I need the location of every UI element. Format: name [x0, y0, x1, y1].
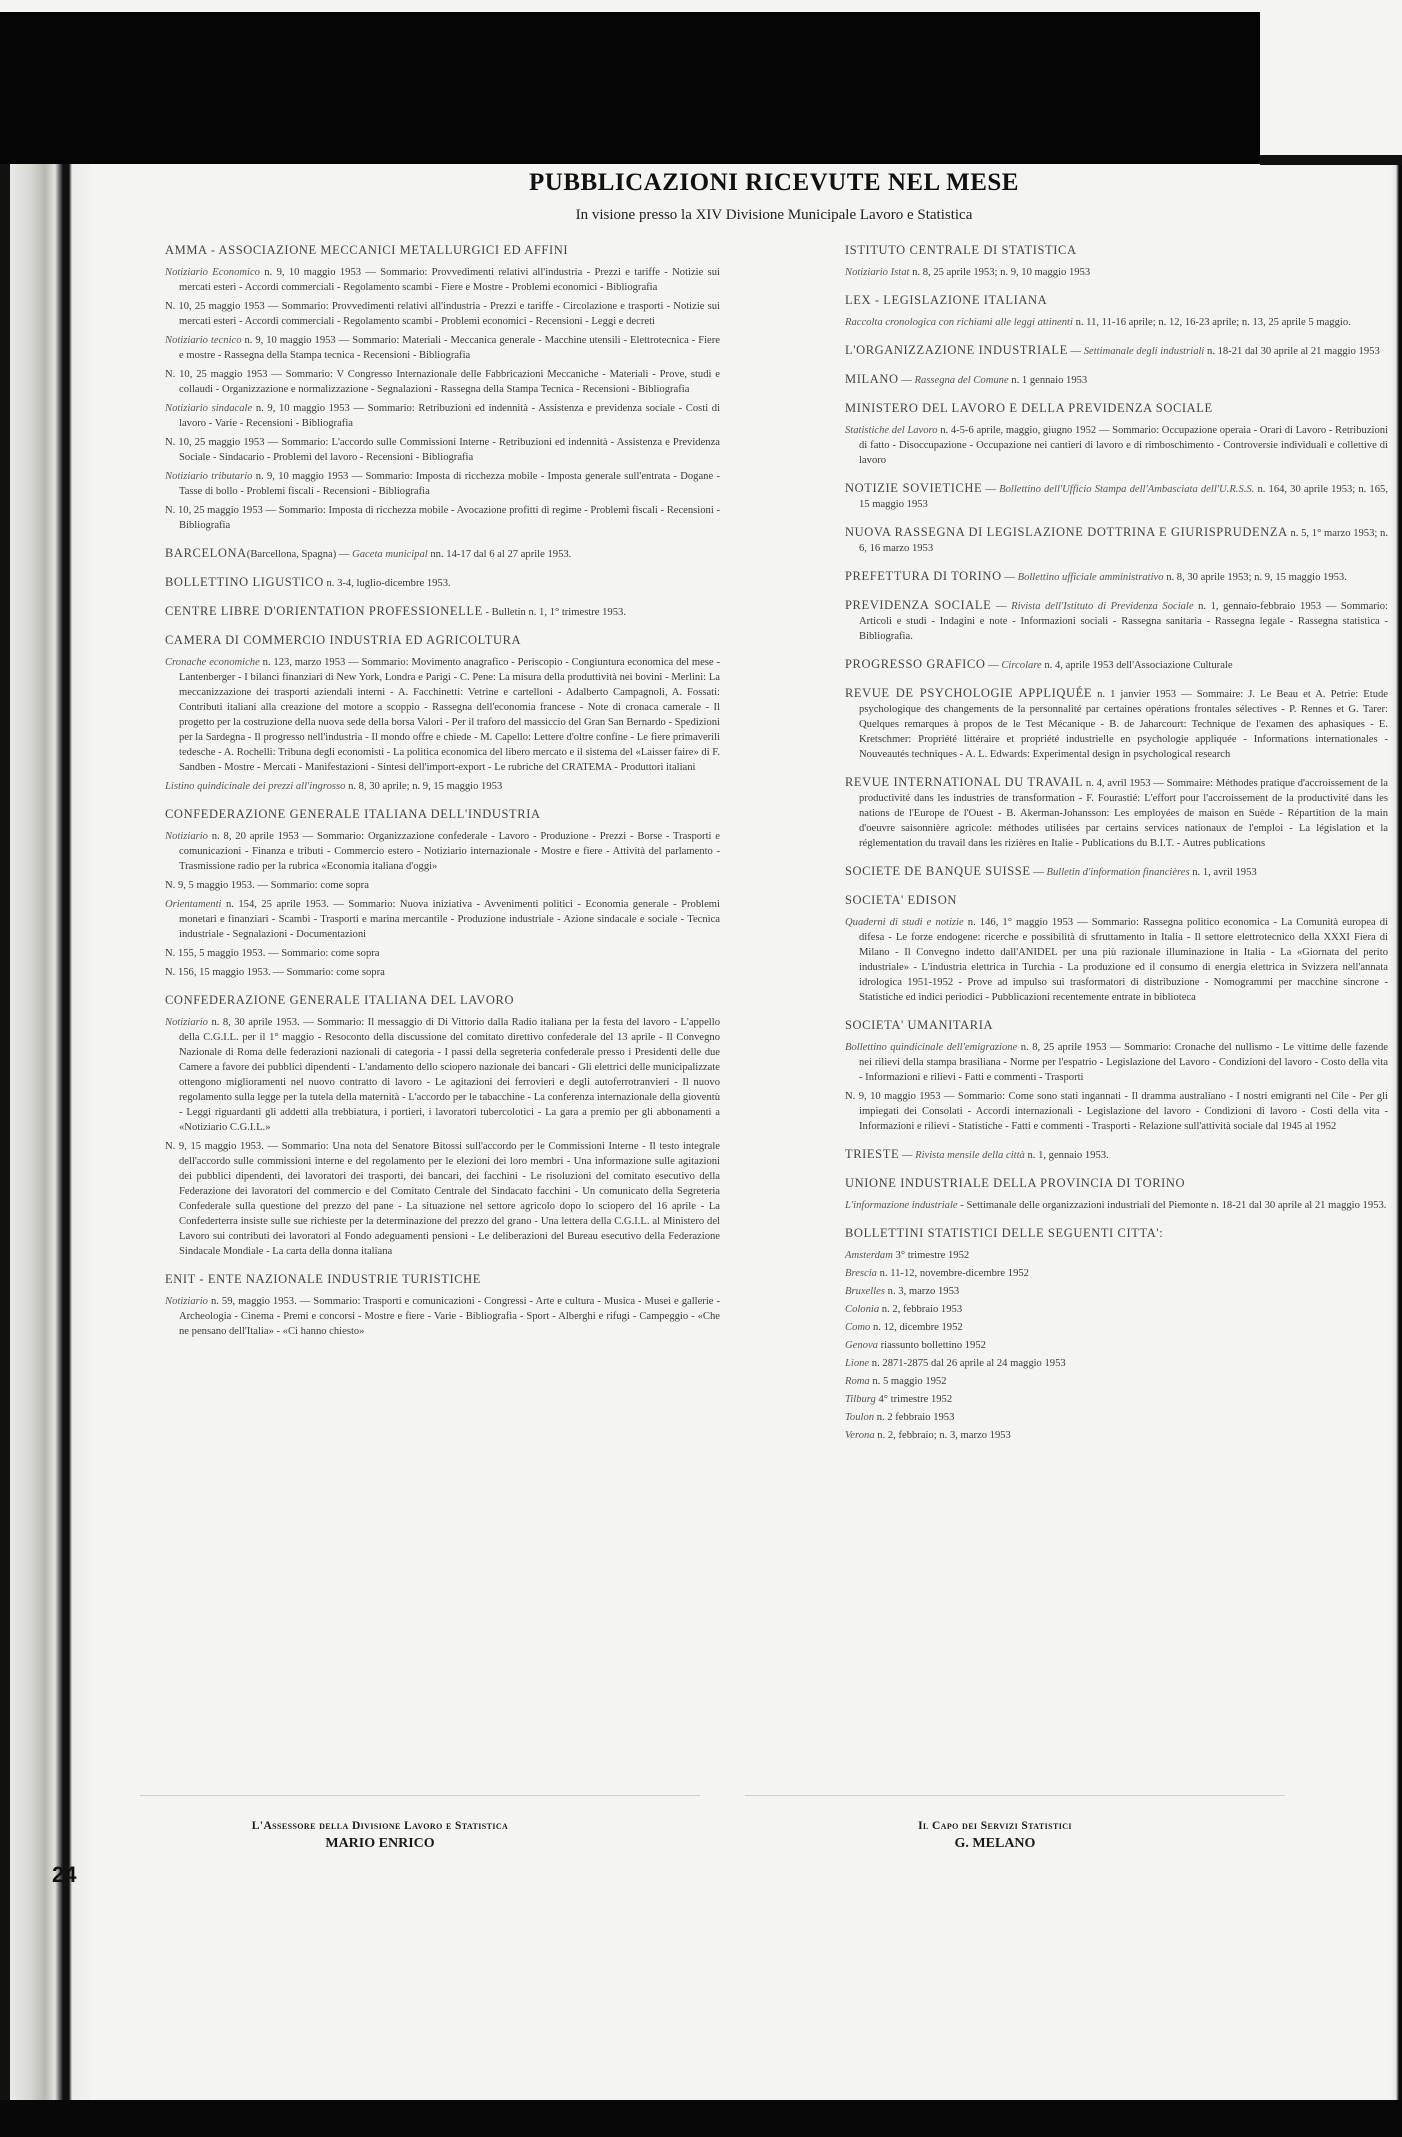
publication-entry: BOLLETTINI STATISTICI DELLE SEGUENTI CIT… [845, 1226, 1388, 1443]
publication-details: n. 1, avril 1953 [1190, 867, 1257, 878]
page-title: PUBBLICAZIONI RICEVUTE NEL MESE [100, 169, 1388, 197]
city-bulletin-item: Bruxelles n. 3, marzo 1953 [845, 1284, 1388, 1299]
publication-title: Settimanale degli industriali [1084, 346, 1205, 357]
publication-entry: CAMERA DI COMMERCIO INDUSTRIA ED AGRICOL… [165, 633, 720, 794]
publication-title: Notiziario sindacale [165, 403, 252, 414]
footer-divider-right [745, 1795, 1285, 1796]
bulletin-details: riassunto bollettino 1952 [881, 1340, 986, 1351]
publication-entry: ISTITUTO CENTRALE DI STATISTICANotiziari… [845, 243, 1388, 280]
bulletin-details: n. 11-12, novembre-dicembre 1952 [880, 1268, 1029, 1279]
publication-entry: PROGRESSO GRAFICO — Circolare n. 4, apri… [845, 657, 1388, 673]
publication-details: N. 9, 5 maggio 1953. — Sommario: come so… [165, 880, 369, 891]
publication-item: REVUE DE PSYCHOLOGIE APPLIQUÉE n. 1 janv… [845, 686, 1388, 762]
publication-entry: PREVIDENZA SOCIALE — Rivista dell'Istitu… [845, 598, 1388, 644]
publication-entry: CONFEDERAZIONE GENERALE ITALIANA DEL LAV… [165, 993, 720, 1259]
publisher-heading: PREFETTURA DI TORINO [845, 569, 1002, 583]
publication-title: Quaderni di studi e notizie [845, 917, 964, 928]
bulletin-details: 4° trimestre 1952 [878, 1394, 952, 1405]
publisher-heading: PROGRESSO GRAFICO [845, 657, 985, 671]
publication-item: Orientamenti n. 154, 25 aprile 1953. — S… [165, 897, 720, 942]
publication-details: n. 11, 11-16 aprile; n. 12, 16-23 aprile… [1076, 317, 1351, 328]
city-name: Colonia [845, 1304, 879, 1315]
publication-entry: CENTRE LIBRE D'ORIENTATION PROFESSIONELL… [165, 604, 720, 620]
publication-entry: SOCIETA' EDISONQuaderni di studi e notiz… [845, 893, 1388, 1005]
signature-name: MARIO ENRICO [170, 1836, 590, 1852]
publication-connector: n. 4, avril 1953 — Sommaire: [1083, 778, 1216, 789]
scan-right-edge [1390, 165, 1402, 2100]
publisher-heading: ISTITUTO CENTRALE DI STATISTICA [845, 243, 1388, 258]
publication-title: Rivista dell'Istituto di Previdenza Soci… [1011, 601, 1193, 612]
publisher-heading: REVUE INTERNATIONAL DU TRAVAIL [845, 775, 1083, 789]
publication-item: N. 155, 5 maggio 1953. — Sommario: come … [165, 946, 720, 961]
signature-name: G. MELANO [830, 1836, 1160, 1852]
publication-item: N. 10, 25 maggio 1953 — Sommario: V Cong… [165, 367, 720, 397]
publication-item: Notiziario n. 8, 30 aprile 1953. — Somma… [165, 1015, 720, 1135]
publication-details: N. 9, 10 maggio 1953 — Sommario: Come so… [845, 1091, 1388, 1132]
publication-details: n. 4, aprile 1953 dell'Associazione Cult… [1042, 660, 1233, 671]
bulletin-details: n. 2871-2875 dal 26 aprile al 24 maggio … [872, 1358, 1066, 1369]
publisher-heading: BOLLETTINO LIGUSTICO [165, 575, 324, 589]
publication-entry: REVUE DE PSYCHOLOGIE APPLIQUÉE n. 1 janv… [845, 686, 1388, 762]
publisher-heading: CONFEDERAZIONE GENERALE ITALIANA DELL'IN… [165, 807, 720, 822]
publication-entry: NUOVA RASSEGNA DI LEGISLAZIONE DOTTRINA … [845, 525, 1388, 556]
publication-item: L'ORGANIZZAZIONE INDUSTRIALE — Settimana… [845, 343, 1388, 359]
publication-connector: — [985, 660, 1001, 671]
publication-entry: BARCELONA(Barcellona, Spagna) — Gaceta m… [165, 546, 720, 562]
publication-entry: CONFEDERAZIONE GENERALE ITALIANA DELL'IN… [165, 807, 720, 980]
publisher-heading: NUOVA RASSEGNA DI LEGISLAZIONE DOTTRINA … [845, 525, 1288, 539]
publication-details: n. 9, 10 maggio 1953 — Sommario: Retribu… [179, 403, 720, 429]
publication-title: Circolare [1001, 660, 1041, 671]
city-name: Amsterdam [845, 1250, 893, 1261]
publication-item: Statistiche del Lavoro n. 4-5-6 aprile, … [845, 423, 1388, 468]
publisher-heading: SOCIETA' UMANITARIA [845, 1018, 1388, 1033]
publication-details: n. 8, 30 aprile 1953. — Sommario: Il mes… [179, 1017, 720, 1133]
publication-entry: L'ORGANIZZAZIONE INDUSTRIALE — Settimana… [845, 343, 1388, 359]
publication-title: Gaceta municipal [352, 549, 428, 560]
publication-item: N. 10, 25 maggio 1953 — Sommario: Provve… [165, 299, 720, 329]
publication-title: Orientamenti [165, 899, 222, 910]
publication-connector: n. 3-4, luglio-dicembre 1953. [324, 578, 451, 589]
publication-title: L'informazione industriale [845, 1200, 958, 1211]
publisher-heading: BOLLETTINI STATISTICI DELLE SEGUENTI CIT… [845, 1226, 1388, 1241]
publication-title: Notiziario Economico [165, 267, 260, 278]
city-name: Lione [845, 1358, 869, 1369]
publisher-heading: L'ORGANIZZAZIONE INDUSTRIALE [845, 343, 1068, 357]
publication-title: Statistiche del Lavoro [845, 425, 938, 436]
city-bulletin-item: Lione n. 2871-2875 dal 26 aprile al 24 m… [845, 1356, 1388, 1371]
publication-entry: SOCIETA' UMANITARIABollettino quindicina… [845, 1018, 1388, 1134]
publication-entry: MINISTERO DEL LAVORO E DELLA PREVIDENZA … [845, 401, 1388, 468]
page-subtitle: In visione presso la XIV Divisione Munic… [100, 207, 1388, 224]
publisher-heading: MILANO [845, 372, 899, 386]
city-name: Como [845, 1322, 870, 1333]
publication-connector: — [1031, 867, 1047, 878]
city-bulletin-item: Verona n. 2, febbraio; n. 3, marzo 1953 [845, 1428, 1388, 1443]
publication-item: Notiziario Istat n. 8, 25 aprile 1953; n… [845, 265, 1388, 280]
publication-title: Notiziario [165, 1296, 208, 1307]
publisher-heading: CONFEDERAZIONE GENERALE ITALIANA DEL LAV… [165, 993, 720, 1008]
publication-entry: MILANO — Rassegna del Comune n. 1 gennai… [845, 372, 1388, 388]
city-name: Brescia [845, 1268, 877, 1279]
publication-item: CENTRE LIBRE D'ORIENTATION PROFESSIONELL… [165, 604, 720, 620]
publication-details: N. 155, 5 maggio 1953. — Sommario: come … [165, 948, 380, 959]
publication-details: n. 8, 30 aprile 1953; n. 9, 15 maggio 19… [1164, 572, 1347, 583]
city-bulletin-item: Tilburg 4° trimestre 1952 [845, 1392, 1388, 1407]
city-name: Verona [845, 1430, 875, 1441]
publication-details: n. 8, 25 aprile 1953; n. 9, 10 maggio 19… [912, 267, 1090, 278]
city-bulletin-item: Toulon n. 2 febbraio 1953 [845, 1410, 1388, 1425]
publication-title: Raccolta cronologica con richiami alle l… [845, 317, 1073, 328]
publication-entry: NOTIZIE SOVIETICHE — Bollettino dell'Uff… [845, 481, 1388, 512]
publication-entry: PREFETTURA DI TORINO — Bollettino uffici… [845, 569, 1388, 585]
publisher-heading: TRIESTE [845, 1147, 899, 1161]
publication-entry: AMMA - ASSOCIAZIONE MECCANICI METALLURGI… [165, 243, 720, 533]
publication-details: N. 10, 25 maggio 1953 — Sommario: L'acco… [165, 437, 720, 463]
city-name: Bruxelles [845, 1286, 885, 1297]
publication-title: Bollettino dell'Ufficio Stampa dell'Amba… [999, 484, 1254, 495]
publication-details: n. 8, 30 aprile; n. 9, 15 maggio 1953 [348, 781, 502, 792]
publication-item: Notiziario Economico n. 9, 10 maggio 195… [165, 265, 720, 295]
publication-entry: SOCIETE DE BANQUE SUISSE — Bulletin d'in… [845, 864, 1388, 880]
bulletin-details: n. 3, marzo 1953 [888, 1286, 960, 1297]
publisher-heading: PREVIDENZA SOCIALE [845, 598, 991, 612]
publication-connector: n. 1 janvier 1953 — Sommaire: [1092, 689, 1248, 700]
signature-assessore: L'Assessore della Divisione Lavoro e Sta… [170, 1820, 590, 1852]
publication-details: n. 4-5-6 aprile, maggio, giugno 1952 — S… [859, 425, 1388, 466]
publication-details: n. 146, 1° maggio 1953 — Sommario: Rasse… [859, 917, 1388, 1003]
publication-title: Bollettino quindicinale dell'emigrazione [845, 1042, 1017, 1053]
publication-connector: — [982, 484, 999, 495]
publication-details: N. 10, 25 maggio 1953 — Sommario: Provve… [165, 301, 720, 327]
publication-connector: — [1002, 572, 1018, 583]
city-bulletin-item: Genova riassunto bollettino 1952 [845, 1338, 1388, 1353]
signature-capo-servizi: Il Capo dei Servizi Statistici G. MELANO [830, 1820, 1160, 1852]
publication-entry: UNIONE INDUSTRIALE DELLA PROVINCIA DI TO… [845, 1176, 1388, 1213]
publication-item: BARCELONA(Barcellona, Spagna) — Gaceta m… [165, 546, 720, 562]
document-page: PUBBLICAZIONI RICEVUTE NEL MESE In visio… [100, 165, 1388, 2100]
publication-item: PREVIDENZA SOCIALE — Rivista dell'Istitu… [845, 598, 1388, 644]
bulletin-details: n. 2 febbraio 1953 [877, 1412, 955, 1423]
bulletin-details: 3° trimestre 1952 [896, 1250, 970, 1261]
city-name: Roma [845, 1376, 870, 1387]
city-bulletin-item: Roma n. 5 maggio 1952 [845, 1374, 1388, 1389]
scan-dark-border-top-right [1260, 155, 1402, 165]
publication-title: Rivista mensile della città [915, 1150, 1025, 1161]
publication-details: n. 9, 10 maggio 1953 — Sommario: Provved… [179, 267, 720, 293]
publisher-heading: ENIT - ENTE NAZIONALE INDUSTRIE TURISTIC… [165, 1272, 720, 1287]
publication-details: nn. 14-17 dal 6 al 27 aprile 1953. [428, 549, 572, 560]
publication-item: SOCIETE DE BANQUE SUISSE — Bulletin d'in… [845, 864, 1388, 880]
scan-dark-border-top [0, 12, 1260, 164]
footer-divider-left [140, 1795, 700, 1796]
publication-item: L'informazione industriale - Settimanale… [845, 1198, 1388, 1213]
city-name: Tilburg [845, 1394, 876, 1405]
publication-title: Notiziario [165, 1017, 208, 1028]
publication-connector: — [1068, 346, 1084, 357]
city-bulletin-item: Como n. 12, dicembre 1952 [845, 1320, 1388, 1335]
publication-item: N. 156, 15 maggio 1953. — Sommario: come… [165, 965, 720, 980]
publication-item: Quaderni di studi e notizie n. 146, 1° m… [845, 915, 1388, 1005]
publication-item: N. 10, 25 maggio 1953 — Sommario: Impost… [165, 503, 720, 533]
publication-details: - Settimanale delle organizzazioni indus… [960, 1200, 1386, 1211]
publication-item: Notiziario tecnico n. 9, 10 maggio 1953 … [165, 333, 720, 363]
publication-item: NUOVA RASSEGNA DI LEGISLAZIONE DOTTRINA … [845, 525, 1388, 556]
bulletin-details: n. 2, febbraio 1953 [882, 1304, 962, 1315]
publisher-heading: AMMA - ASSOCIAZIONE MECCANICI METALLURGI… [165, 243, 720, 258]
publication-details: n. 9, 10 maggio 1953 — Sommario: Materia… [179, 335, 720, 361]
publication-details: N. 10, 25 maggio 1953 — Sommario: V Cong… [165, 369, 720, 395]
publication-item: Notiziario sindacale n. 9, 10 maggio 195… [165, 401, 720, 431]
publication-title: Notiziario tecnico [165, 335, 242, 346]
bulletin-details: n. 5 maggio 1952 [872, 1376, 946, 1387]
left-column: AMMA - ASSOCIAZIONE MECCANICI METALLURGI… [165, 243, 720, 1352]
publication-item: N. 9, 5 maggio 1953. — Sommario: come so… [165, 878, 720, 893]
publisher-heading: CENTRE LIBRE D'ORIENTATION PROFESSIONELL… [165, 604, 483, 618]
publication-details: N. 9, 15 maggio 1953. — Sommario: Una no… [165, 1141, 720, 1257]
publisher-heading: MINISTERO DEL LAVORO E DELLA PREVIDENZA … [845, 401, 1388, 416]
publication-connector: — [899, 1150, 915, 1161]
publication-item: N. 9, 15 maggio 1953. — Sommario: Una no… [165, 1139, 720, 1259]
publication-connector: — [991, 601, 1011, 612]
publication-details: N. 156, 15 maggio 1953. — Sommario: come… [165, 967, 385, 978]
publication-item: MILANO — Rassegna del Comune n. 1 gennai… [845, 372, 1388, 388]
publication-item: N. 10, 25 maggio 1953 — Sommario: L'acco… [165, 435, 720, 465]
publication-details: n. 1, gennaio 1953. [1025, 1150, 1109, 1161]
page-number: 24 [52, 1862, 76, 1888]
publication-connector: — [899, 375, 915, 386]
publisher-heading: BARCELONA [165, 546, 247, 560]
publication-connector: - Bulletin n. 1, 1° trimestre 1953. [483, 607, 626, 618]
publication-item: N. 9, 10 maggio 1953 — Sommario: Come so… [845, 1089, 1388, 1134]
publication-title: Cronache economiche [165, 657, 260, 668]
publication-details: n. 59, maggio 1953. — Sommario: Trasport… [179, 1296, 720, 1337]
publication-item: Notiziario n. 59, maggio 1953. — Sommari… [165, 1294, 720, 1339]
publication-title: Bulletin d'information financières [1046, 867, 1189, 878]
publisher-heading: SOCIETE DE BANQUE SUISSE [845, 864, 1031, 878]
publication-details: n. 123, marzo 1953 — Sommario: Movimento… [179, 657, 720, 773]
publication-item: Raccolta cronologica con richiami alle l… [845, 315, 1388, 330]
scan-dark-border-bottom [0, 2100, 1402, 2137]
publication-entry: ENIT - ENTE NAZIONALE INDUSTRIE TURISTIC… [165, 1272, 720, 1339]
publication-entry: TRIESTE — Rivista mensile della città n.… [845, 1147, 1388, 1163]
city-name: Toulon [845, 1412, 874, 1423]
publication-item: PROGRESSO GRAFICO — Circolare n. 4, apri… [845, 657, 1388, 673]
publication-title: Notiziario Istat [845, 267, 909, 278]
publication-details: n. 9, 10 maggio 1953 — Sommario: Imposta… [179, 471, 720, 497]
publication-details: n. 154, 25 aprile 1953. — Sommario: Nuov… [179, 899, 720, 940]
bulletin-details: n. 12, dicembre 1952 [873, 1322, 963, 1333]
city-bulletin-list: Amsterdam 3° trimestre 1952Brescia n. 11… [845, 1248, 1388, 1443]
publisher-heading: CAMERA DI COMMERCIO INDUSTRIA ED AGRICOL… [165, 633, 720, 648]
city-bulletin-item: Colonia n. 2, febbraio 1953 [845, 1302, 1388, 1317]
city-bulletin-item: Brescia n. 11-12, novembre-dicembre 1952 [845, 1266, 1388, 1281]
scan-binding-edge [0, 164, 90, 2104]
publication-title: Bollettino ufficiale amministrativo [1018, 572, 1164, 583]
signature-role: L'Assessore della Divisione Lavoro e Sta… [170, 1820, 590, 1832]
publisher-heading: SOCIETA' EDISON [845, 893, 1388, 908]
publication-entry: BOLLETTINO LIGUSTICO n. 3-4, luglio-dice… [165, 575, 720, 591]
publication-item: BOLLETTINO LIGUSTICO n. 3-4, luglio-dice… [165, 575, 720, 591]
publication-item: Listino quindicinale dei prezzi all'ingr… [165, 779, 720, 794]
publication-title: Notiziario tributario [165, 471, 252, 482]
publication-entry: REVUE INTERNATIONAL DU TRAVAIL n. 4, avr… [845, 775, 1388, 851]
publication-title: Notiziario [165, 831, 208, 842]
publication-details: n. 8, 20 aprile 1953 — Sommario: Organiz… [179, 831, 720, 872]
publication-details: N. 10, 25 maggio 1953 — Sommario: Impost… [165, 505, 720, 531]
publication-item: Cronache economiche n. 123, marzo 1953 —… [165, 655, 720, 775]
right-column: ISTITUTO CENTRALE DI STATISTICANotiziari… [845, 243, 1388, 1456]
publisher-heading: REVUE DE PSYCHOLOGIE APPLIQUÉE [845, 686, 1092, 700]
city-bulletin-item: Amsterdam 3° trimestre 1952 [845, 1248, 1388, 1263]
publication-item: NOTIZIE SOVIETICHE — Bollettino dell'Uff… [845, 481, 1388, 512]
publication-item: PREFETTURA DI TORINO — Bollettino uffici… [845, 569, 1388, 585]
publication-item: Notiziario n. 8, 20 aprile 1953 — Sommar… [165, 829, 720, 874]
publication-title: Listino quindicinale dei prezzi all'ingr… [165, 781, 345, 792]
city-name: Genova [845, 1340, 878, 1351]
publication-details: n. 1 gennaio 1953 [1009, 375, 1088, 386]
publication-item: REVUE INTERNATIONAL DU TRAVAIL n. 4, avr… [845, 775, 1388, 851]
bulletin-details: n. 2, febbraio; n. 3, marzo 1953 [877, 1430, 1011, 1441]
publication-details: n. 18-21 dal 30 aprile al 21 maggio 1953 [1204, 346, 1379, 357]
publication-connector: (Barcellona, Spagna) — [247, 549, 352, 560]
publisher-heading: UNIONE INDUSTRIALE DELLA PROVINCIA DI TO… [845, 1176, 1388, 1191]
publication-item: TRIESTE — Rivista mensile della città n.… [845, 1147, 1388, 1163]
publication-item: Bollettino quindicinale dell'emigrazione… [845, 1040, 1388, 1085]
publication-item: Notiziario tributario n. 9, 10 maggio 19… [165, 469, 720, 499]
publisher-heading: NOTIZIE SOVIETICHE [845, 481, 982, 495]
publication-entry: LEX - LEGISLAZIONE ITALIANARaccolta cron… [845, 293, 1388, 330]
signature-role: Il Capo dei Servizi Statistici [830, 1820, 1160, 1832]
publisher-heading: LEX - LEGISLAZIONE ITALIANA [845, 293, 1388, 308]
publication-title: Rassegna del Comune [915, 375, 1009, 386]
